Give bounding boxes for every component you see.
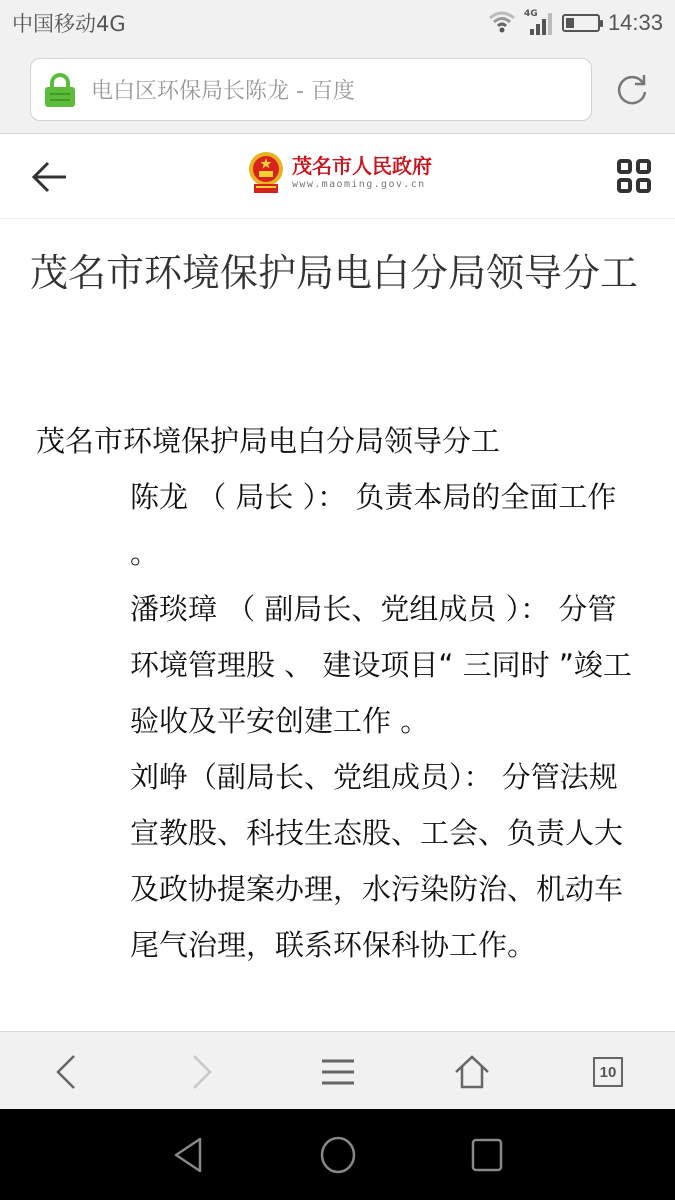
hamburger-icon <box>321 1058 355 1086</box>
cell-signal-icon: 4G <box>524 9 554 37</box>
square-recents-icon <box>471 1138 503 1172</box>
browser-forward-button[interactable] <box>180 1050 224 1094</box>
tabs-button[interactable]: 10 <box>586 1050 630 1094</box>
system-back-button[interactable] <box>168 1135 208 1175</box>
article: 茂名市环境保护局电白分局领导分工 茂名市环境保护局电白分局领导分工 陈龙 （ 局… <box>0 219 675 1031</box>
national-emblem-icon <box>248 151 284 195</box>
reload-button[interactable] <box>613 70 651 108</box>
page-title: 茂名市环境保护局电白分局领导分工 <box>30 239 640 307</box>
logo-title: 茂名市人民政府 <box>292 154 432 178</box>
paragraph-heading: 茂名市环境保护局电白分局领导分工 <box>36 413 636 469</box>
system-recents-button[interactable] <box>467 1135 507 1175</box>
grid-icon <box>617 159 632 174</box>
chevron-left-icon <box>54 1054 78 1090</box>
site-logo[interactable]: 茂名市人民政府 www.maoming.gov.cn <box>248 151 432 195</box>
wifi-icon <box>488 9 516 37</box>
arrow-left-icon <box>30 157 70 197</box>
lock-icon <box>45 73 75 107</box>
reload-icon <box>615 72 649 106</box>
paragraph-panyanzhang: 潘琰璋 （ 副局长、党组成员 ）： 分管环境管理股 、 建设项目“ 三同时 ”竣… <box>36 581 636 749</box>
tab-count-badge: 10 <box>593 1057 623 1087</box>
browser-back-button[interactable] <box>44 1050 88 1094</box>
back-button[interactable] <box>30 157 70 197</box>
carrier-label: 中国移动4G <box>12 8 126 38</box>
paragraph-liuzheng: 刘峥（副局长、党组成员）： 分管法规宣教股、科技生态股、工会、负责人大及政协提案… <box>36 749 636 973</box>
browser-bottom-toolbar: 10 <box>0 1031 675 1109</box>
home-icon <box>454 1055 490 1089</box>
browser-home-button[interactable] <box>450 1050 494 1094</box>
circle-home-icon <box>320 1136 356 1174</box>
url-text: 电白区环保局长陈龙 - 百度 <box>91 74 355 105</box>
article-body: 茂名市环境保护局电白分局领导分工 陈龙 （ 局长 ）： 负责本局的全面工作 。 … <box>36 413 636 973</box>
clock: 14:33 <box>608 10 663 36</box>
browser-toolbar: 电白区环保局长陈龙 - 百度 <box>0 46 675 134</box>
url-field[interactable]: 电白区环保局长陈龙 - 百度 <box>30 58 592 121</box>
system-home-button[interactable] <box>318 1135 358 1175</box>
system-nav-bar <box>0 1109 675 1200</box>
triangle-back-icon <box>173 1137 203 1173</box>
chevron-right-icon <box>190 1054 214 1090</box>
browser-menu-button[interactable] <box>316 1050 360 1094</box>
status-bar: 中国移动4G 4G 14:33 <box>0 0 675 46</box>
status-icons: 4G 14:33 <box>488 6 663 40</box>
logo-url: www.maoming.gov.cn <box>292 178 432 192</box>
menu-grid-button[interactable] <box>617 159 651 193</box>
paragraph-chenlong: 陈龙 （ 局长 ）： 负责本局的全面工作 。 <box>36 469 636 581</box>
site-header: 茂名市人民政府 www.maoming.gov.cn <box>0 135 675 219</box>
battery-icon <box>562 14 600 32</box>
